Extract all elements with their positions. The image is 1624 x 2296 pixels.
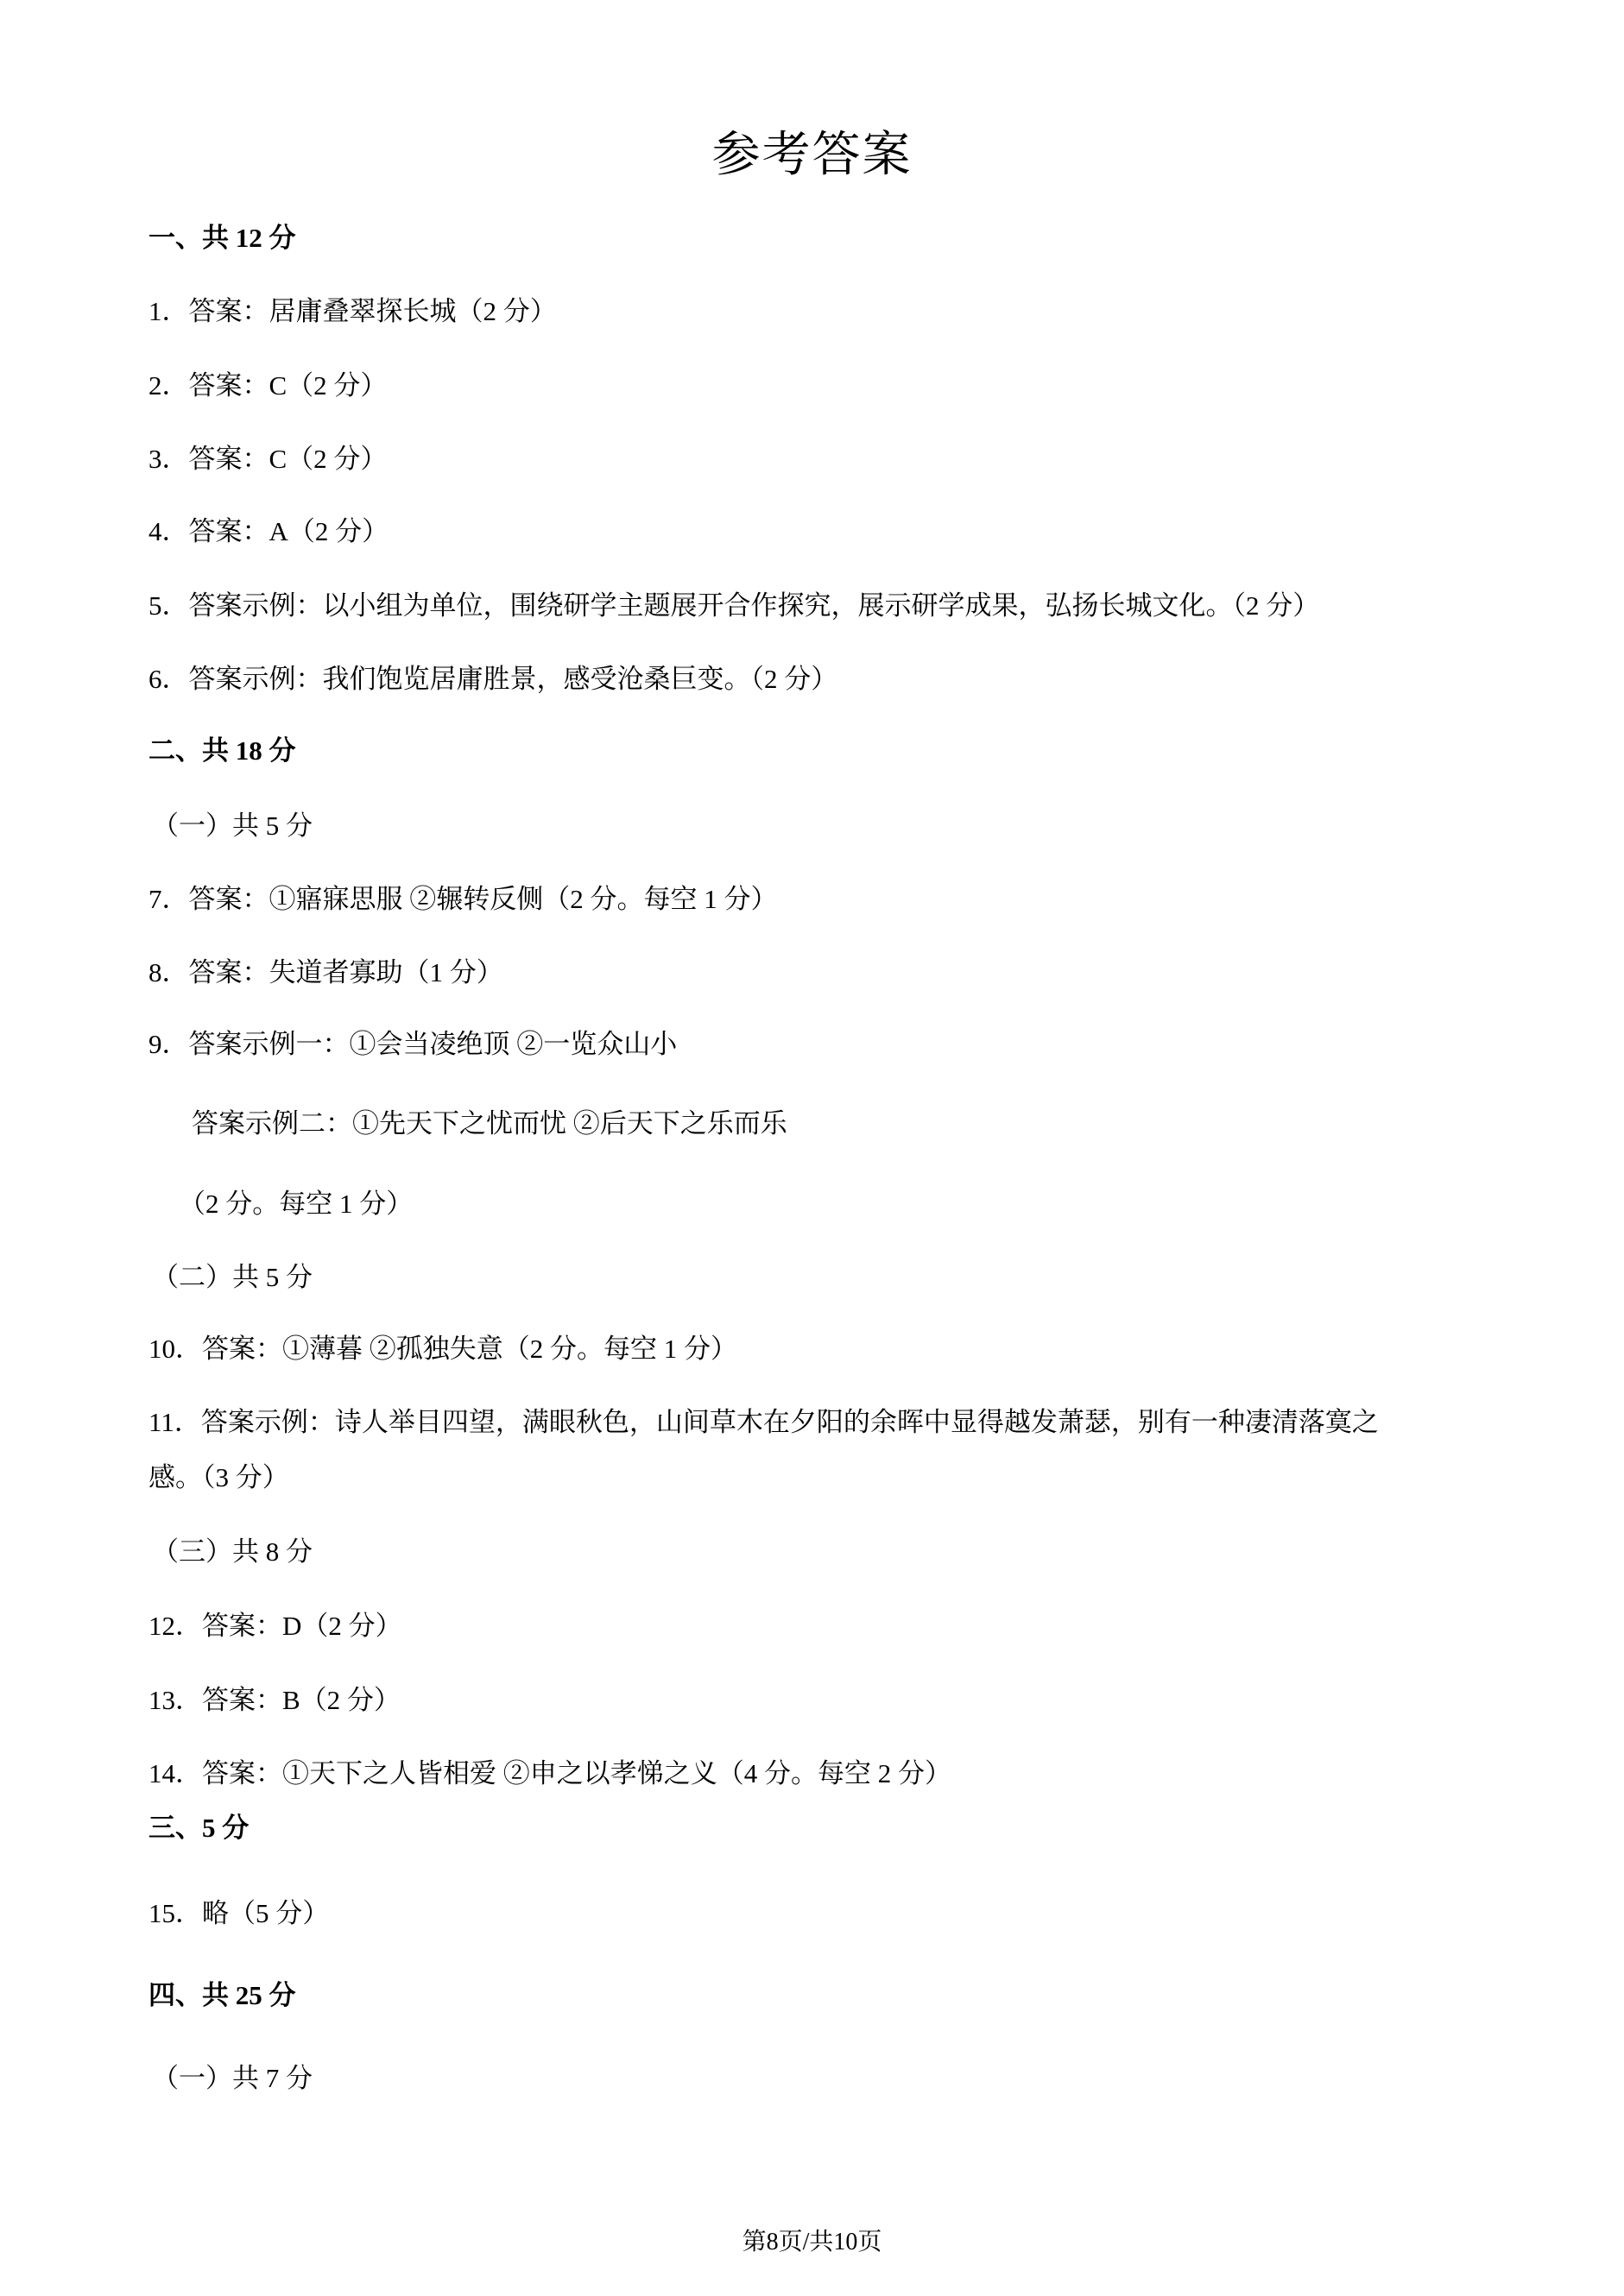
answer-3: 3．答案：C（2 分） [148,442,387,476]
answer-7: 7．答案：①寤寐思服 ②辗转反侧（2 分。每空 1 分） [148,882,778,917]
subsection-2-2: （二）共 5 分 [152,1260,313,1295]
answer-13: 13．答案：B（2 分） [148,1683,401,1718]
section-heading-2: 二、共 18 分 [148,734,296,768]
document-page: 参考答案 一、共 12 分 1．答案：居庸叠翠探长城（2 分） 2．答案：C（2… [0,0,1624,2296]
subsection-4-1: （一）共 7 分 [152,2061,313,2096]
section-heading-4: 四、共 25 分 [148,1978,296,2013]
answer-6: 6．答案示例：我们饱览居庸胜景，感受沧桑巨变。（2 分） [148,662,837,697]
answer-9-score: （2 分。每空 1 分） [179,1187,413,1221]
answer-11-cont: 感。（3 分） [148,1460,289,1495]
answer-1: 1．答案：居庸叠翠探长城（2 分） [148,294,557,329]
page-title: 参考答案 [0,125,1624,186]
answer-9-example-2: 答案示例二：①先天下之忧而忧 ②后天下之乐而乐 [192,1107,787,1141]
answer-9: 9．答案示例一：①会当凌绝顶 ②一览众山小 [148,1027,677,1062]
subsection-2-1: （一）共 5 分 [152,809,313,843]
answer-15: 15．略（5 分） [148,1896,329,1931]
section-heading-3: 三、5 分 [148,1811,249,1845]
answer-10: 10．答案：①薄暮 ②孤独失意（2 分。每空 1 分） [148,1332,737,1366]
answer-11: 11．答案示例：诗人举目四望，满眼秋色，山间草木在夕阳的余晖中显得越发萧瑟，别有… [148,1405,1379,1440]
answer-14: 14．答案：①天下之人皆相爱 ②申之以孝悌之义（4 分。每空 2 分） [148,1757,951,1791]
answer-5: 5．答案示例：以小组为单位，围绕研学主题展开合作探究，展示研学成果，弘扬长城文化… [148,589,1319,623]
page-number-footer: 第8页/共10页 [0,2227,1624,2258]
answer-2: 2．答案：C（2 分） [148,369,387,403]
section-heading-1: 一、共 12 分 [148,221,296,255]
answer-8: 8．答案：失道者寡助（1 分） [148,956,503,990]
subsection-2-3: （三）共 8 分 [152,1535,313,1569]
answer-4: 4．答案：A（2 分） [148,514,389,549]
answer-12: 12．答案：D（2 分） [148,1609,402,1643]
